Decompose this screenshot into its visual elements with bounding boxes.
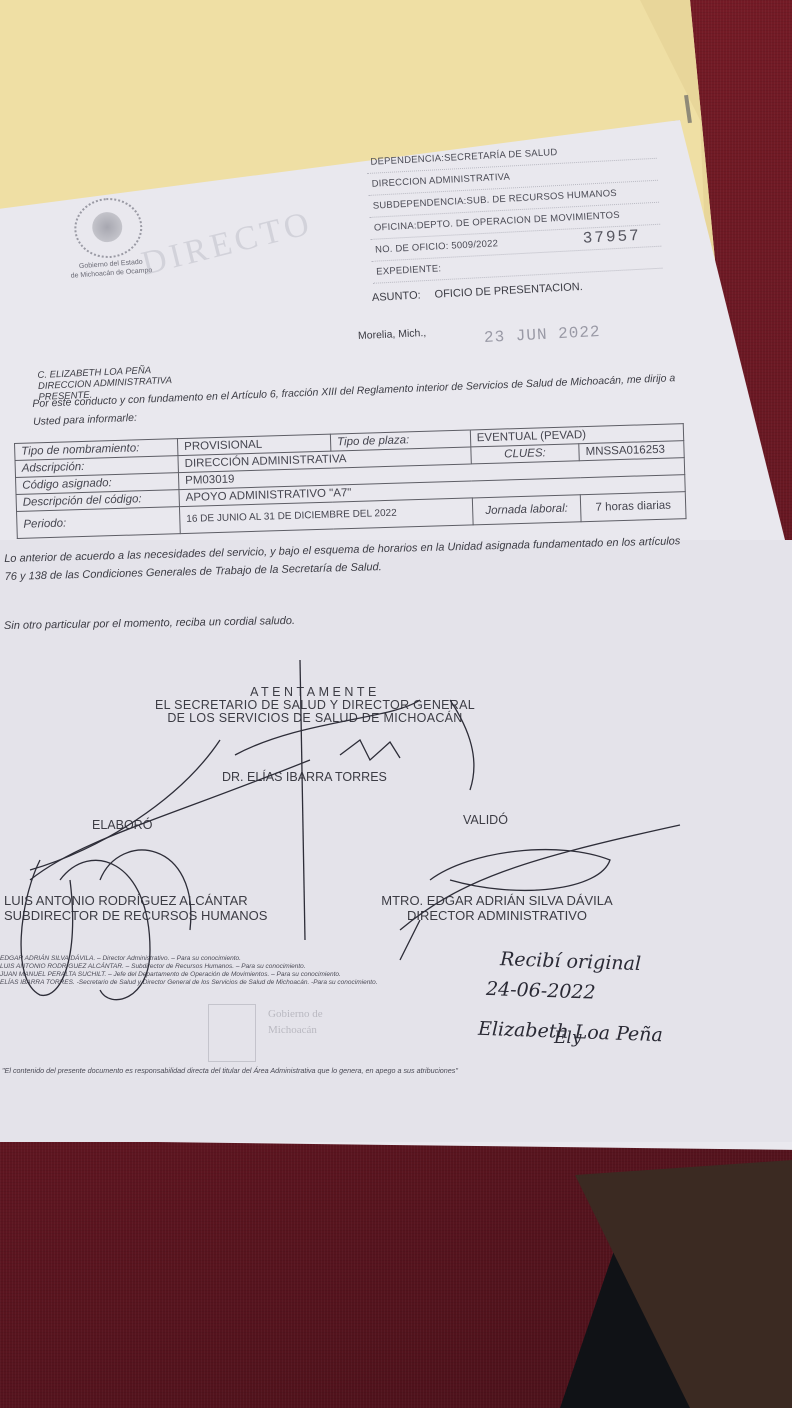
copy-list: EDGAR ADRIÁN SILVA DÁVILA. – Director Ad… xyxy=(0,955,378,987)
validated-by-label: VALIDÓ xyxy=(463,813,508,827)
body-paragraph: Lo anterior de acuerdo a las necesidades… xyxy=(4,532,695,586)
closing: Sin otro particular por el momento, reci… xyxy=(4,615,295,632)
emblem-icon xyxy=(208,1004,256,1062)
handwritten-initials: Ely xyxy=(554,1028,581,1048)
prepared-by: LUIS ANTONIO RODRÍGUEZ ALCÁNTAR SUBDIREC… xyxy=(4,893,267,923)
subject: ASUNTO:OFICIO DE PRESENTACION. xyxy=(372,280,597,304)
signature-block: ATENTAMENTE EL SECRETARIO DE SALUD Y DIR… xyxy=(140,686,490,725)
place: Morelia, Mich., xyxy=(358,327,427,342)
folio-stamp: 37957 xyxy=(582,226,641,250)
faded-stamp: DIRECTO xyxy=(138,204,317,283)
document: Gobierno del Estado de Michoacán de Ocam… xyxy=(0,0,792,1408)
appointment-table: Tipo de nombramiento: PROVISIONAL Tipo d… xyxy=(14,423,687,539)
header-fields: DEPENDENCIA:SECRETARÍA DE SALUD DIRECCIO… xyxy=(366,137,663,284)
prepared-by-label: ELABORÓ xyxy=(92,818,152,832)
validated-by: MTRO. EDGAR ADRIÁN SILVA DÁVILA DIRECTOR… xyxy=(352,893,642,923)
disclaimer: "El contenido del presente documento es … xyxy=(2,1066,722,1075)
date-stamp: 23 JUN 2022 xyxy=(484,323,601,347)
coat-of-arms-icon xyxy=(72,196,144,261)
signer-name: DR. ELÍAS IBARRA TORRES xyxy=(222,770,387,784)
government-logo: Gobierno de Michoacán xyxy=(208,1004,368,1060)
